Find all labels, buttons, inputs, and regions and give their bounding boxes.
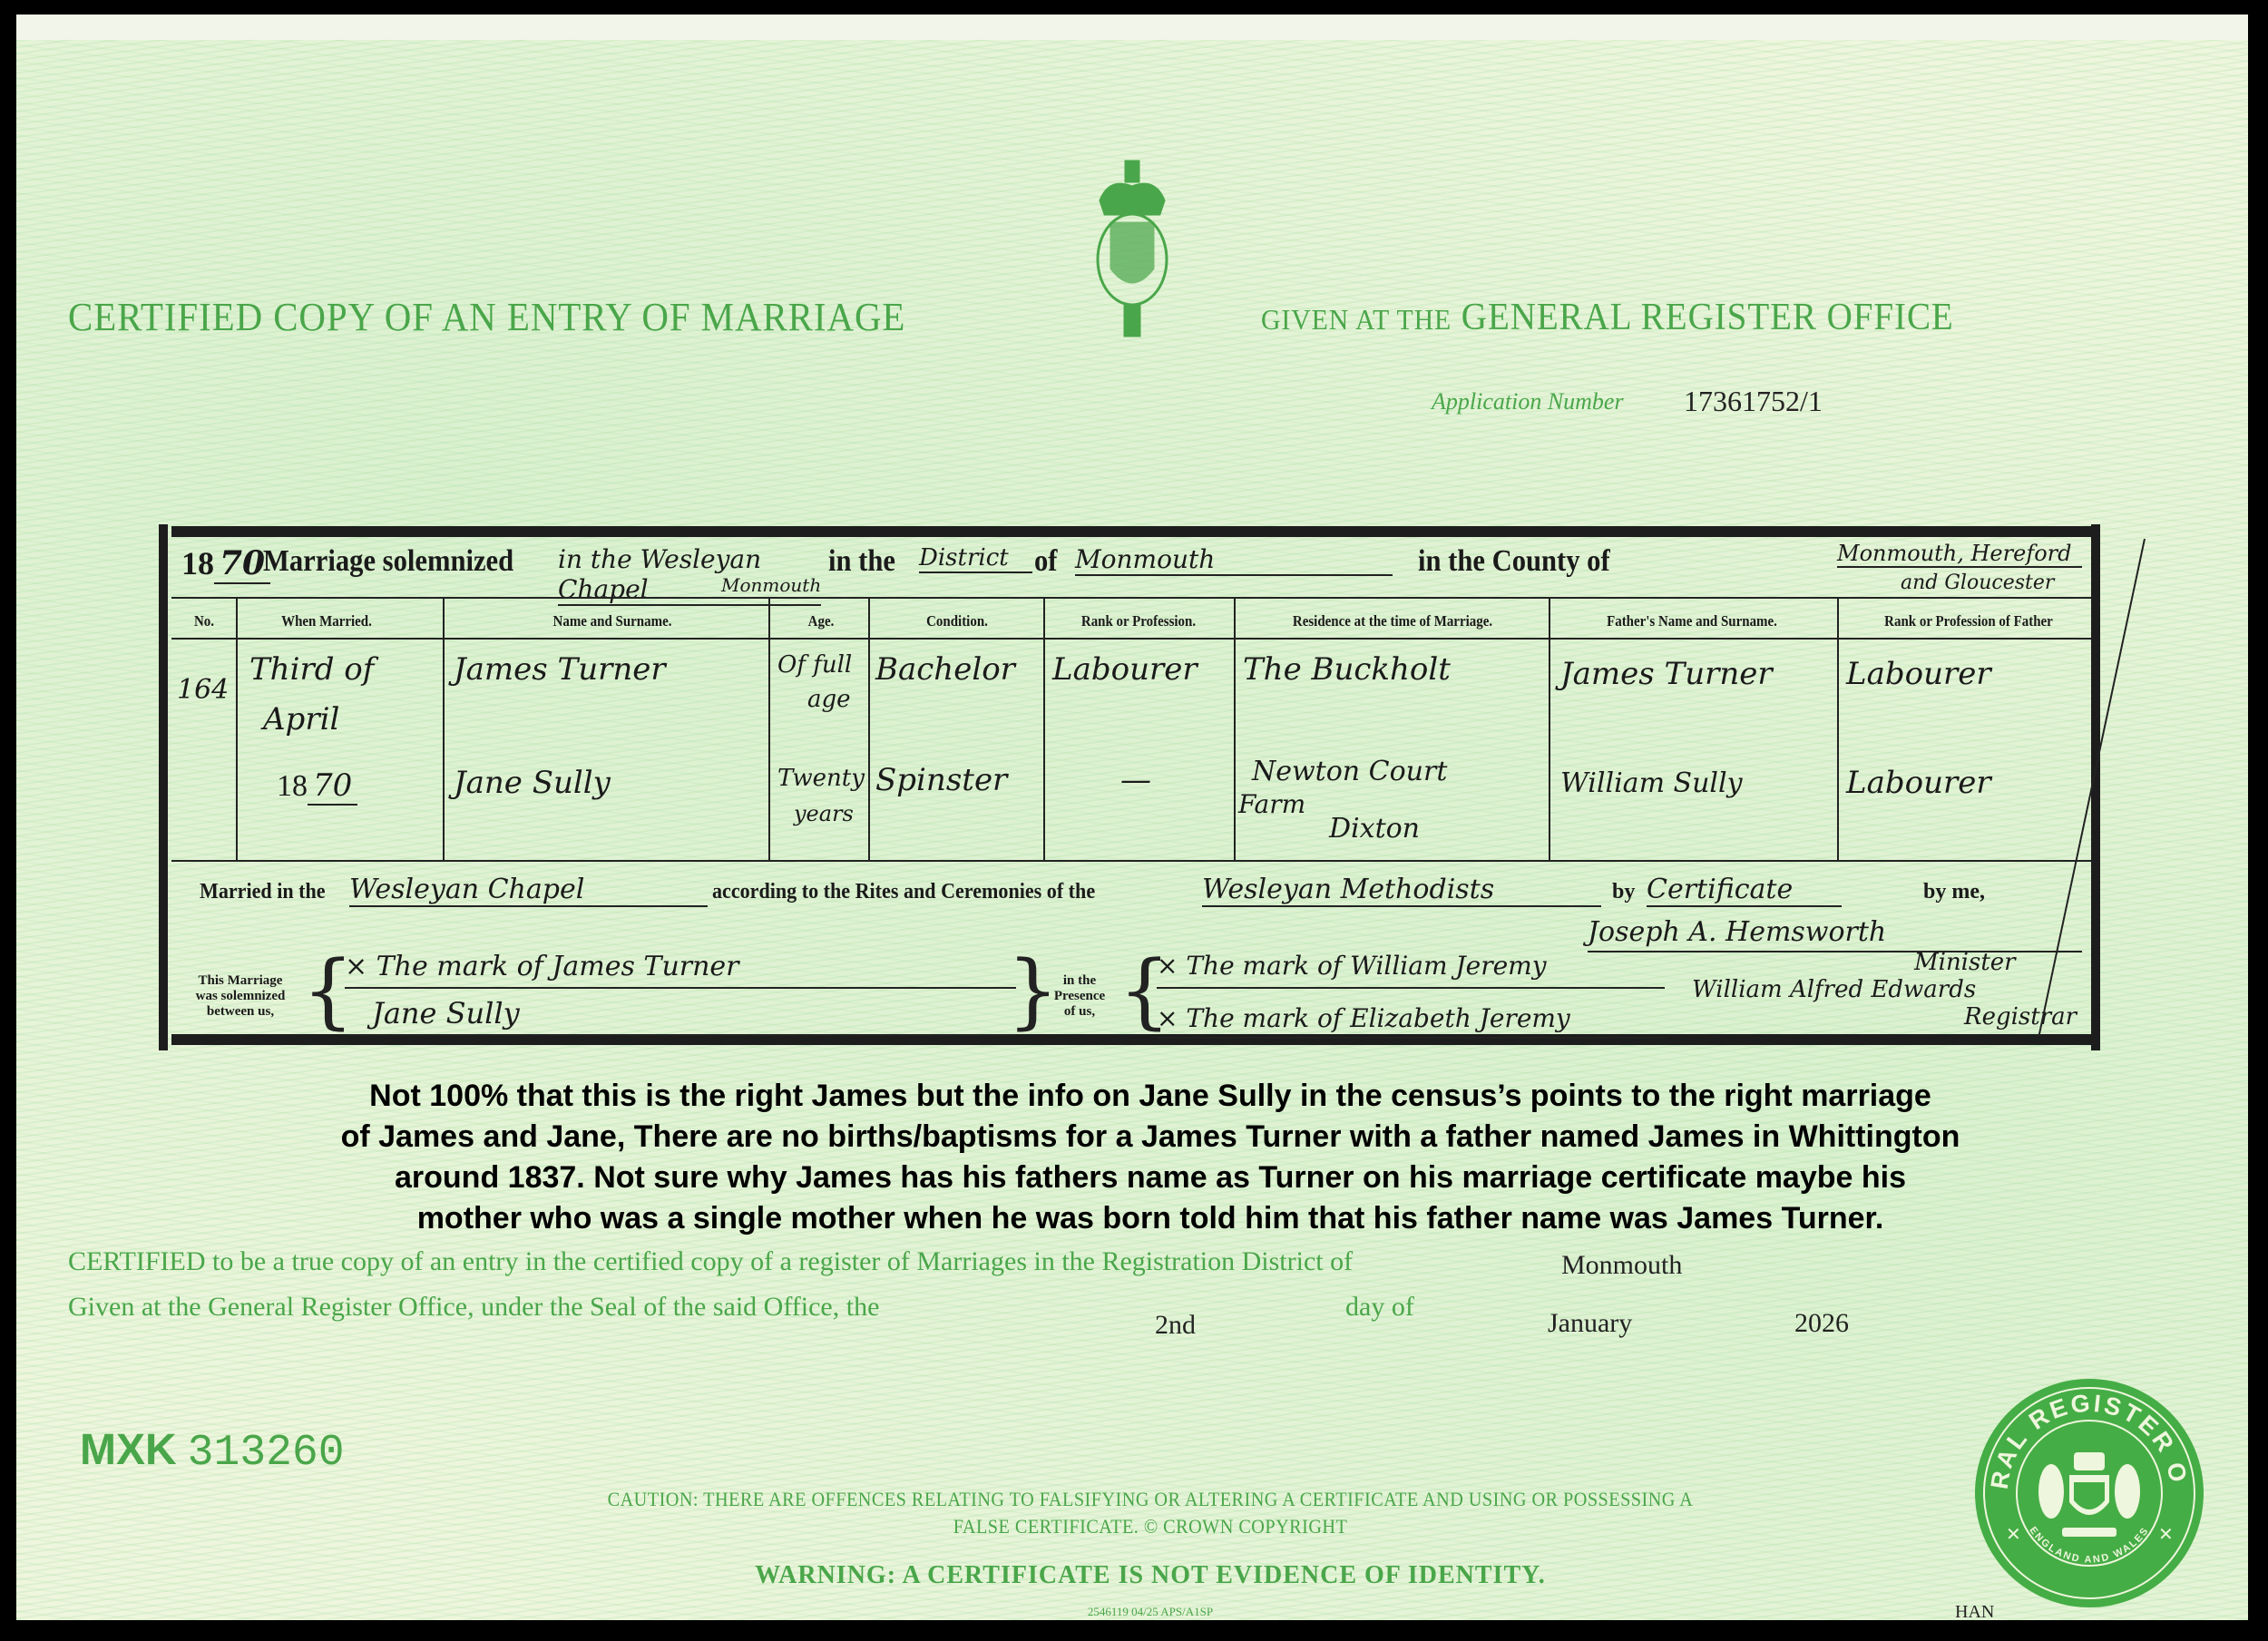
groom-age-2: age	[807, 686, 851, 713]
minister-role: Minister	[1914, 949, 2016, 976]
caution-notice: CAUTION: THERE ARE OFFENCES RELATING TO …	[499, 1486, 1801, 1540]
certified-district: Monmouth	[1561, 1250, 1682, 1281]
rites-value: Wesleyan Methodists	[1202, 874, 1601, 907]
bride-signature: Jane Sully	[372, 996, 1007, 1031]
county-name-2: and Gloucester	[1901, 571, 2054, 594]
identity-warning: WARNING: A CERTIFICATE IS NOT EVIDENCE O…	[561, 1561, 1740, 1590]
of-label: of	[1034, 544, 1057, 579]
serial-prefix: MXK	[80, 1426, 177, 1474]
solemnized-between-label: This Marriage was solemnized between us,	[177, 973, 304, 1020]
certified-statement: CERTIFIED to be a true copy of an entry …	[68, 1246, 1353, 1277]
col-divider	[236, 599, 238, 862]
when-married-year: 1870	[277, 767, 357, 804]
in-the-label: in the	[828, 544, 895, 579]
signature-line	[345, 1034, 1016, 1036]
form-code: 2546119 04/25 APS/A1SP	[924, 1605, 1377, 1619]
gro-name: GENERAL REGISTER OFFICE	[1461, 297, 1954, 338]
col-divider	[1837, 599, 1839, 862]
certificate-paper: CERTIFIED COPY OF AN ENTRY OF MARRIAGE G…	[16, 15, 2248, 1620]
bride-residence-3: Dixton	[1329, 813, 1420, 845]
col-header-when: When Married.	[255, 612, 398, 630]
annotation-line-3: around 1837. Not sure why James has his …	[16, 1157, 2248, 1198]
application-number-value: 17361752/1	[1684, 385, 1823, 418]
bride-name: Jane Sully	[454, 765, 611, 801]
groom-residence: The Buckholt	[1243, 651, 1451, 688]
col-header-residence: Residence at the time of Marriage.	[1256, 612, 1528, 630]
svg-text:✕: ✕	[2158, 1525, 2174, 1545]
signature-line	[1157, 987, 1665, 989]
bride-father-name: William Sully	[1560, 767, 1743, 799]
presence-label: in the Presence of us,	[1043, 973, 1116, 1020]
register-year: 1870	[181, 544, 270, 582]
serial-number: 313260	[188, 1429, 345, 1478]
witness-2: × The mark of Elizabeth Jeremy	[1157, 1003, 1683, 1033]
register-entry: 1870 Marriage solemnized in the Wesleyan…	[159, 524, 2102, 1055]
bride-condition: Spinster	[875, 762, 1007, 798]
register-border-left	[159, 524, 168, 1050]
groom-father-profession: Labourer	[1846, 656, 1991, 692]
royal-crest-icon	[1091, 160, 1173, 341]
groom-signature: × The mark of James Turner	[345, 951, 1016, 982]
county-name: Monmouth, Hereford	[1837, 541, 2082, 568]
groom-profession: Labourer	[1052, 651, 1198, 688]
col-header-age: Age.	[781, 612, 861, 630]
by-me-label: by me,	[1923, 880, 1985, 904]
district-name: Monmouth	[1075, 544, 1393, 576]
col-divider	[768, 599, 770, 862]
certificate-title: CERTIFIED COPY OF AN ENTRY OF MARRIAGE	[68, 294, 905, 340]
groom-father-name: James Turner	[1560, 656, 1773, 692]
certified-year: 2026	[1794, 1308, 1849, 1339]
registrar-role: Registrar	[1964, 1003, 2077, 1031]
married-in-label: Married in the	[200, 880, 326, 904]
gro-seal-icon: GENERAL REGISTER OFFICE ENGLAND AND WALE…	[1971, 1375, 2207, 1611]
application-number-label: Application Number	[1432, 388, 1624, 415]
bride-age-2: years	[794, 801, 854, 826]
col-divider	[1549, 599, 1550, 862]
groom-condition: Bachelor	[875, 651, 1015, 688]
han-initials: HAN	[1955, 1602, 1994, 1620]
register-year-hand: 70	[214, 544, 270, 584]
bride-father-profession: Labourer	[1846, 765, 1991, 801]
rites-label: according to the Rites and Ceremonies of…	[712, 880, 1095, 904]
annotation-line-1: Not 100% that this is the right James bu…	[16, 1076, 2248, 1117]
certified-day: 2nd	[1155, 1310, 1196, 1341]
col-divider	[868, 599, 870, 862]
when-married-line2: April	[263, 701, 339, 737]
given-statement: Given at the General Register Office, un…	[68, 1292, 879, 1323]
col-header-father-rank: Rank or Profession of Father	[1861, 612, 2077, 630]
bride-profession: —	[1120, 762, 1151, 798]
col-header-father-name: Father's Name and Surname.	[1572, 612, 1812, 630]
district-word: District	[919, 544, 1032, 573]
annotation-line-4: mother who was a single mother when he w…	[16, 1198, 2248, 1239]
bride-residence-2: Farm	[1238, 789, 1305, 819]
certified-month: January	[1548, 1308, 1632, 1339]
col-divider	[1234, 599, 1236, 862]
column-header-divider	[171, 638, 2091, 640]
groom-age-1: Of full	[777, 651, 852, 679]
col-header-no: No.	[181, 612, 229, 630]
registrar-name: William Alfred Edwards	[1692, 976, 2100, 1003]
given-at-the: Given at the	[1261, 303, 1452, 336]
when-married-line1: Third of	[249, 651, 374, 688]
col-header-condition: Condition.	[885, 612, 1029, 630]
by-label: by	[1612, 880, 1635, 904]
annotation-line-2: of James and Jane, There are no births/b…	[16, 1117, 2248, 1157]
signature-line	[345, 987, 1016, 989]
bride-age-1: Twenty	[777, 765, 865, 792]
signature-line	[1157, 1037, 1665, 1039]
solemnized-place-2: Monmouth	[721, 574, 821, 596]
marriage-solemnized-label: Marriage solemnized	[263, 544, 513, 579]
bride-residence-1: Newton Court	[1252, 756, 1447, 787]
svg-text:✕: ✕	[2006, 1525, 2021, 1545]
user-annotation: Not 100% that this is the right James bu…	[16, 1076, 2248, 1239]
col-header-rank: Rank or Profession.	[1059, 612, 1218, 630]
col-divider	[443, 599, 445, 862]
col-header-name: Name and Surname.	[476, 612, 748, 630]
witness-1: × The mark of William Jeremy	[1157, 951, 1683, 981]
register-border-top	[171, 526, 2091, 537]
certificate-serial: MXK 313260	[80, 1425, 345, 1478]
county-label: in the County of	[1418, 544, 1610, 579]
given-at-gro-heading: Given at the GENERAL REGISTER OFFICE	[1261, 296, 1954, 339]
entry-number: 164	[177, 674, 229, 706]
by-method: Certificate	[1647, 874, 1842, 907]
day-of-label: day of	[1345, 1292, 1414, 1323]
married-in-place: Wesleyan Chapel	[349, 874, 708, 907]
paper-top-margin	[16, 15, 2248, 40]
entry-bottom-divider	[171, 860, 2091, 862]
groom-name: James Turner	[454, 651, 666, 688]
minister-name: Joseph A. Hemsworth	[1588, 916, 2077, 948]
col-divider	[1043, 599, 1045, 862]
header-divider	[171, 597, 2091, 599]
